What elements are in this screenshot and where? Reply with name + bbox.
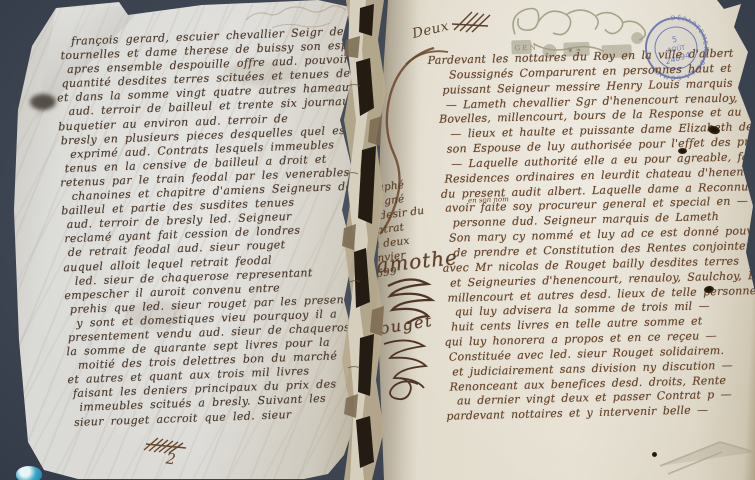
fold-crease — [660, 408, 755, 480]
interline-insertion: en son nom — [468, 195, 509, 204]
right-page: G E N ❦ ❧ DÉPARTEMENT DE LA SOMME 5 AOÛT… — [372, 0, 755, 480]
manuscript-scan: françois gerard, escuier chevallier Seig… — [0, 0, 755, 480]
left-page: françois gerard, escuier chevallier Seig… — [6, 0, 362, 480]
right-page-text: Pardevant les nottaires du Roy en la vil… — [442, 46, 751, 424]
ink-blot — [678, 148, 687, 154]
torn-binding-gutter — [326, 0, 402, 480]
paraph-mark: 2 — [165, 449, 177, 468]
pen-cap-object — [16, 466, 42, 480]
folio-flourish-hatch — [450, 8, 494, 34]
left-page-text: françois gerard, escuier chevallier Seig… — [55, 25, 361, 430]
ink-smudge — [30, 94, 56, 110]
dirt-speck — [652, 452, 657, 457]
